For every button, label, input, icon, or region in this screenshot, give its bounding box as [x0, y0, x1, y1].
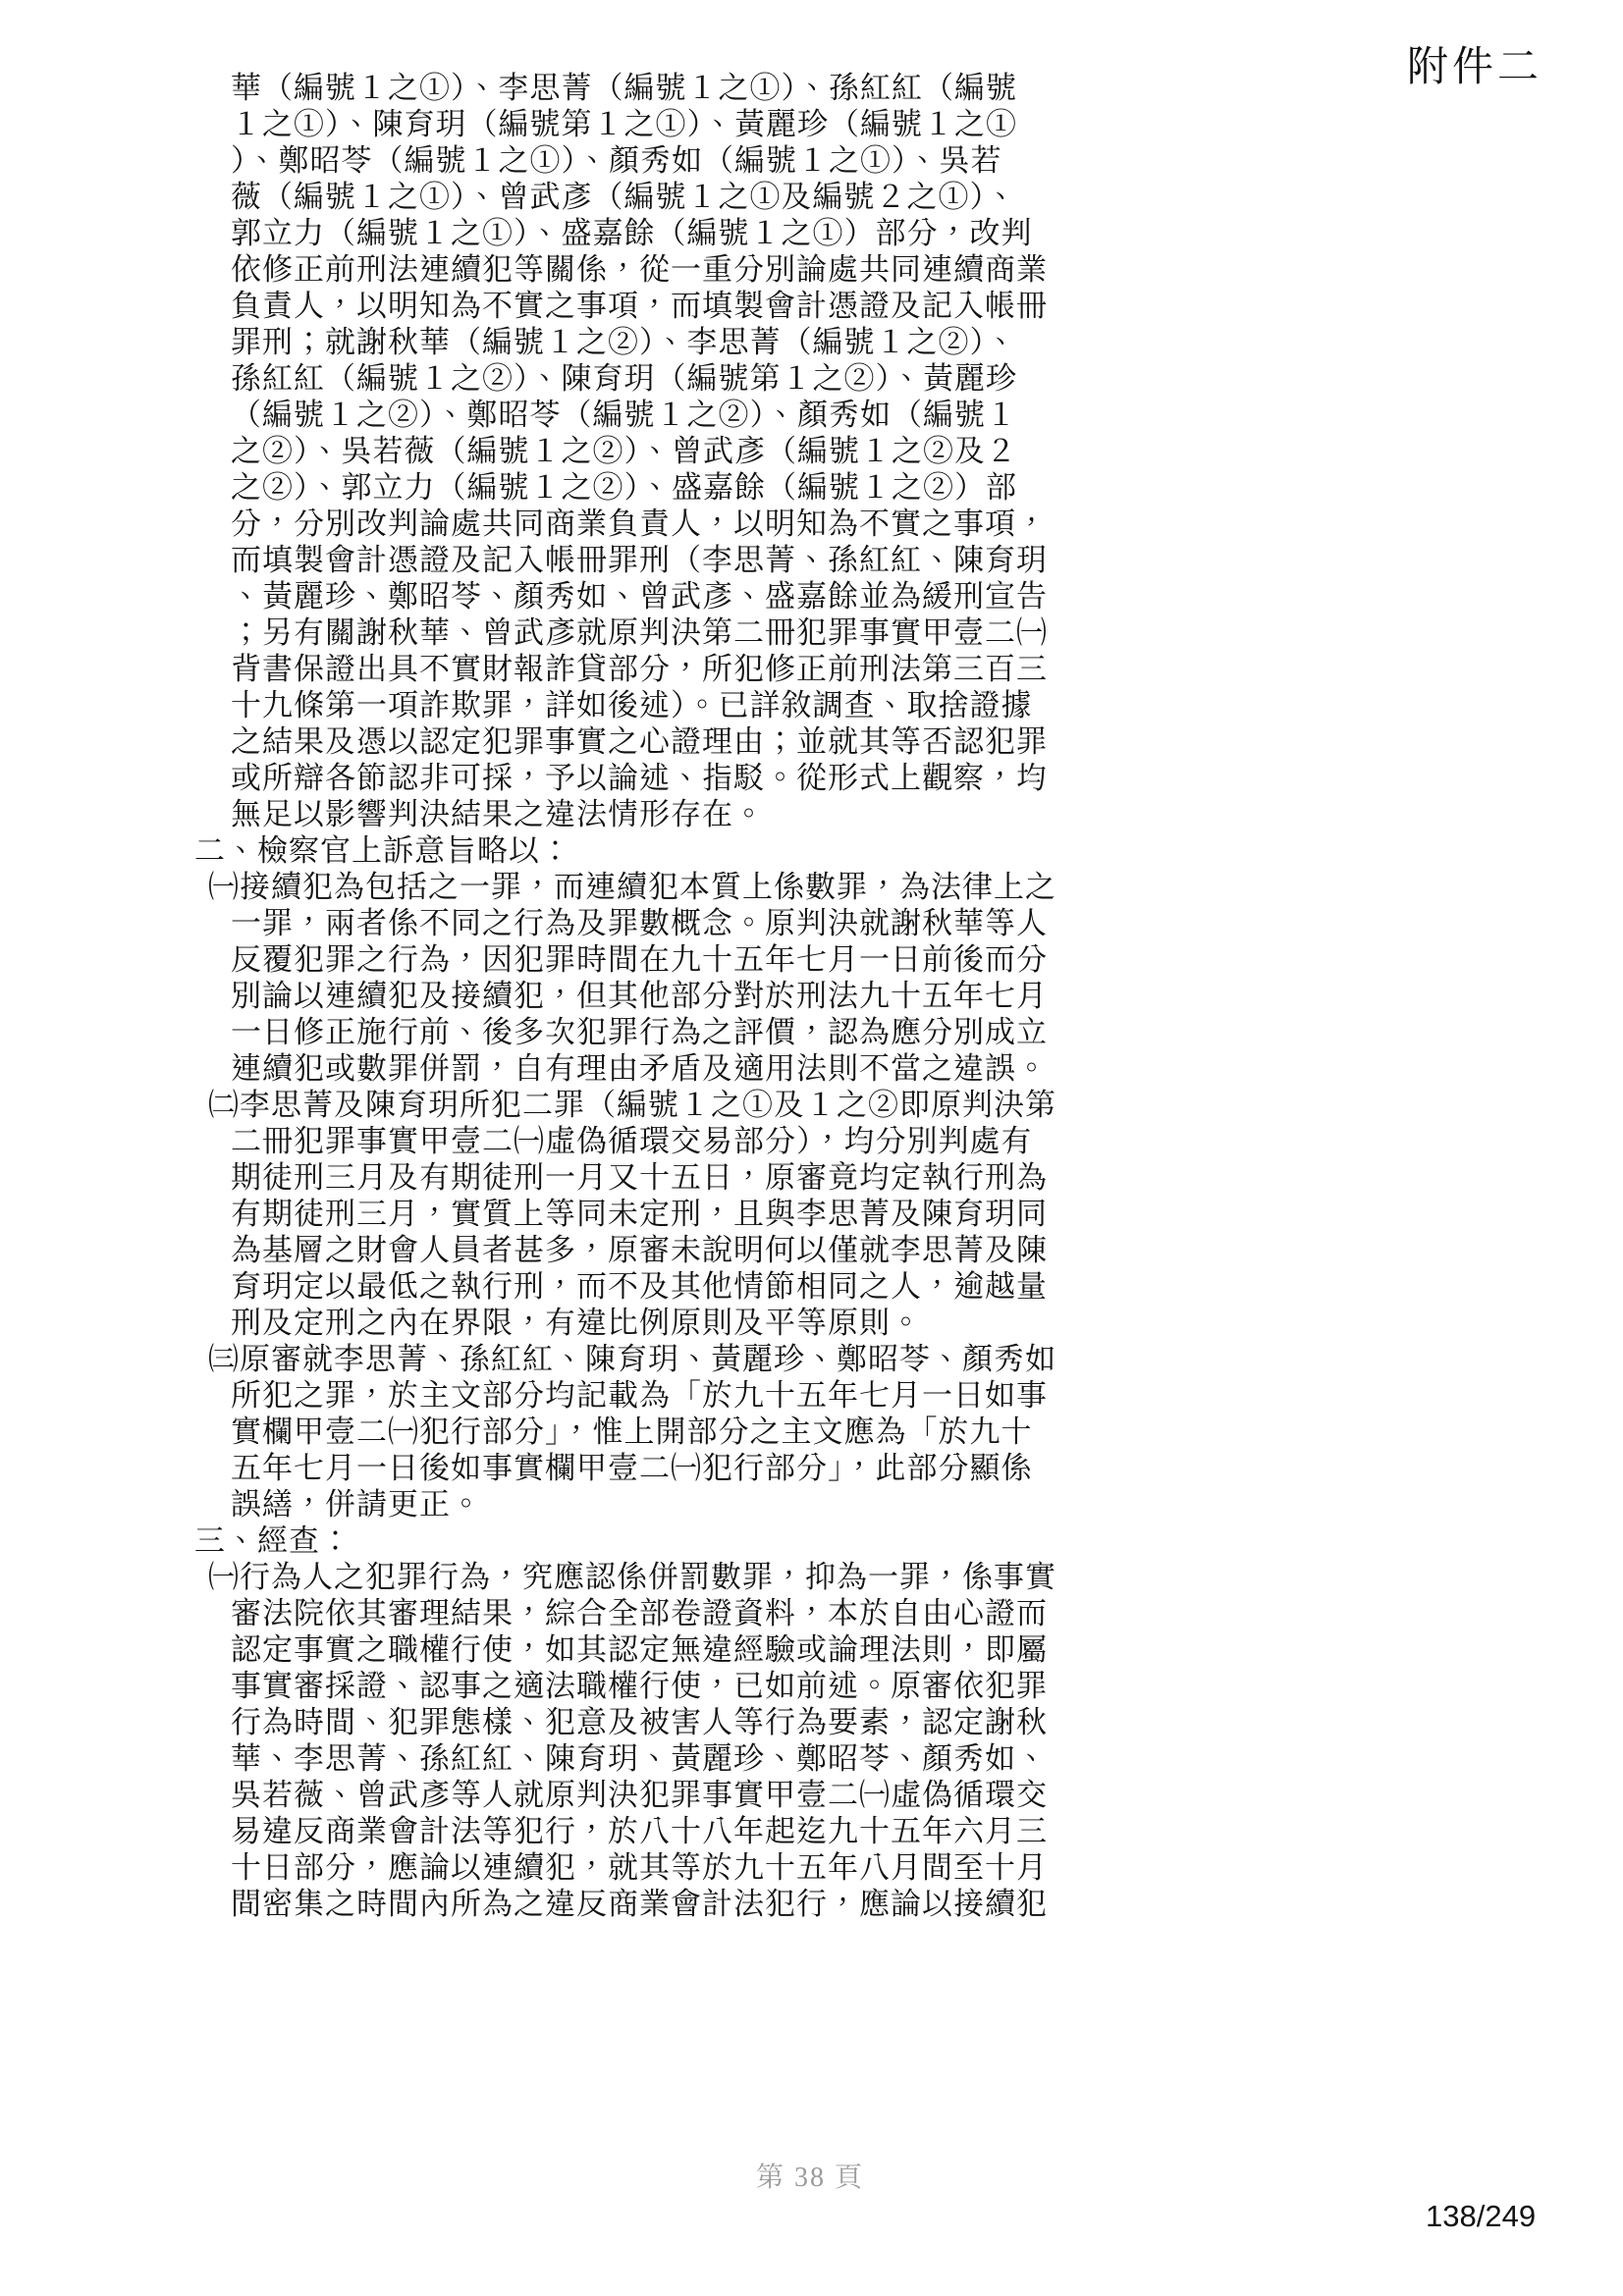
text-line: ㈠接續犯為包括之一罪，而連續犯本質上係數罪，為法律上之 — [208, 869, 1100, 905]
text-line: 吳若薇、曾武彥等人就原判決犯罪事實甲壹二㈠虛偽循環交 — [231, 1777, 1100, 1813]
text-line: 二、檢察官上訴意旨略以： — [194, 832, 1100, 869]
text-line: ；另有關謝秋華、曾武彥就原判決第二冊犯罪事實甲壹二㈠ — [231, 614, 1100, 651]
text-line: 事實審採證、認事之適法職權行使，已如前述。原審依犯罪 — [231, 1668, 1100, 1704]
text-line: 一罪，兩者係不同之行為及罪數概念。原判決就謝秋華等人 — [231, 905, 1100, 941]
appendix-label: 附件二 — [1407, 43, 1574, 92]
text-line: 負責人，以明知為不實之事項，而填製會計憑證及記入帳冊 — [231, 288, 1100, 324]
document-page: 附件二 華（編號１之①）、李思菁（編號１之①）、孫紅紅（編號１之①）、陳育玥（編… — [0, 0, 1623, 2296]
text-line: 審法院依其審理結果，綜合全部卷證資料，本於自由心證而 — [231, 1595, 1100, 1631]
text-line: 而填製會計憑證及記入帳冊罪刑（李思菁、孫紅紅、陳育玥 — [231, 542, 1100, 578]
text-line: 實欄甲壹二㈠犯行部分」，惟上開部分之主文應為「於九十 — [231, 1414, 1100, 1450]
text-line: 誤繕，併請更正。 — [231, 1486, 1100, 1522]
text-line: ㈢原審就李思菁、孫紅紅、陳育玥、黃麗珍、鄭昭苓、顏秀如 — [208, 1341, 1100, 1377]
text-line: 有期徒刑三月，實質上等同未定刑，且與李思菁及陳育玥同 — [231, 1196, 1100, 1232]
text-line: 別論以連續犯及接續犯，但其他部分對於刑法九十五年七月 — [231, 978, 1100, 1014]
text-line: ㈠行為人之犯罪行為，究應認係併罰數罪，抑為一罪，係事實 — [208, 1559, 1100, 1595]
text-line: 罪刑；就謝秋華（編號１之②）、李思菁（編號１之②）、 — [231, 324, 1100, 360]
text-line: 二冊犯罪事實甲壹二㈠虛偽循環交易部分），均分別判處有 — [231, 1123, 1100, 1159]
text-line: 期徒刑三月及有期徒刑一月又十五日，原審竟均定執行刑為 — [231, 1159, 1100, 1196]
text-line: 易違反商業會計法等犯行，於八十八年起迄九十五年六月三 — [231, 1813, 1100, 1849]
page-footer-label: 第 38 頁 — [756, 2156, 864, 2195]
text-line: 依修正前刑法連續犯等關係，從一重分別論處共同連續商業 — [231, 251, 1100, 288]
document-body: 華（編號１之①）、李思菁（編號１之①）、孫紅紅（編號１之①）、陳育玥（編號第１之… — [187, 70, 1100, 1922]
text-line: 薇（編號１之①）、曾武彥（編號１之①及編號２之①）、 — [231, 179, 1100, 215]
text-line: 五年七月一日後如事實欄甲壹二㈠犯行部分」，此部分顯係 — [231, 1450, 1100, 1486]
text-line: 為基層之財會人員者甚多，原審未說明何以僅就李思菁及陳 — [231, 1232, 1100, 1268]
text-line: 郭立力（編號１之①）、盛嘉餘（編號１之①）部分，改判 — [231, 215, 1100, 251]
text-line: 育玥定以最低之執行刑，而不及其他情節相同之人，逾越量 — [231, 1268, 1100, 1305]
text-line: 間密集之時間內所為之違反商業會計法犯行，應論以接續犯 — [231, 1886, 1100, 1922]
text-line: 認定事實之職權行使，如其認定無違經驗或論理法則，即屬 — [231, 1631, 1100, 1668]
text-line: 華、李思菁、孫紅紅、陳育玥、黃麗珍、鄭昭苓、顏秀如、 — [231, 1740, 1100, 1777]
text-line: 所犯之罪，於主文部分均記載為「於九十五年七月一日如事 — [231, 1377, 1100, 1414]
page-number: 138/249 — [1426, 2199, 1536, 2234]
text-line: 、黃麗珍、鄭昭苓、顏秀如、曾武彥、盛嘉餘並為緩刑宣告 — [231, 578, 1100, 614]
text-line: 華（編號１之①）、李思菁（編號１之①）、孫紅紅（編號 — [231, 70, 1100, 106]
text-line: 十日部分，應論以連續犯，就其等於九十五年八月間至十月 — [231, 1849, 1100, 1886]
text-line: 分，分別改判論處共同商業負責人，以明知為不實之事項， — [231, 506, 1100, 542]
text-line: ）、鄭昭苓（編號１之①）、顏秀如（編號１之①）、吳若 — [231, 142, 1100, 179]
text-line: 十九條第一項詐欺罪，詳如後述）。已詳敘調查、取捨證據 — [231, 687, 1100, 723]
text-line: （編號１之②）、鄭昭苓（編號１之②）、顏秀如（編號１ — [231, 397, 1100, 433]
text-line: 背書保證出具不實財報詐貸部分，所犯修正前刑法第三百三 — [231, 651, 1100, 687]
text-line: 反覆犯罪之行為，因犯罪時間在九十五年七月一日前後而分 — [231, 941, 1100, 978]
text-line: 之結果及憑以認定犯罪事實之心證理由；並就其等否認犯罪 — [231, 723, 1100, 760]
text-line: 連續犯或數罪併罰，自有理由矛盾及適用法則不當之違誤。 — [231, 1050, 1100, 1087]
text-line: 一日修正施行前、後多次犯罪行為之評價，認為應分別成立 — [231, 1014, 1100, 1050]
text-line: 無足以影響判決結果之違法情形存在。 — [231, 796, 1100, 832]
text-line: 或所辯各節認非可採，予以論述、指駁。從形式上觀察，均 — [231, 760, 1100, 796]
text-line: 行為時間、犯罪態樣、犯意及被害人等行為要素，認定謝秋 — [231, 1704, 1100, 1740]
text-line: 刑及定刑之內在界限，有違比例原則及平等原則。 — [231, 1305, 1100, 1341]
text-line: 三、經查： — [194, 1522, 1100, 1559]
text-line: 之②）、吳若薇（編號１之②）、曾武彥（編號１之②及２ — [231, 433, 1100, 469]
text-line: 孫紅紅（編號１之②）、陳育玥（編號第１之②）、黃麗珍 — [231, 360, 1100, 397]
text-line: ㈡李思菁及陳育玥所犯二罪（編號１之①及１之②即原判決第 — [208, 1087, 1100, 1123]
text-line: 之②）、郭立力（編號１之②）、盛嘉餘（編號１之②）部 — [231, 469, 1100, 506]
text-line: １之①）、陳育玥（編號第１之①）、黃麗珍（編號１之① — [231, 106, 1100, 142]
